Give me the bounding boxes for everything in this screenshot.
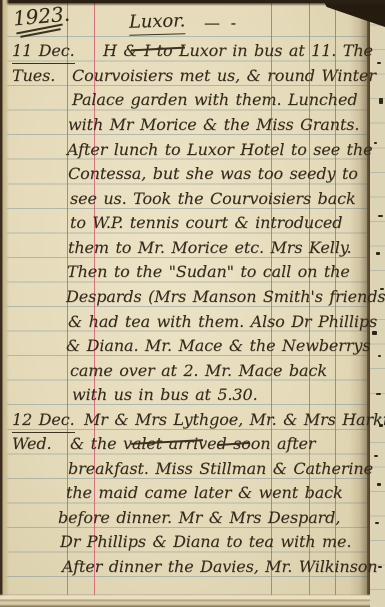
page-title: Luxor. [129,9,186,35]
diary-line-text: with Mr Morice & the Miss Grants. [68,113,359,137]
diary-line-text: to W.P. tennis court & introduced [70,211,342,235]
title-flourish: — - [204,11,238,35]
year-label: 1923. [12,2,71,31]
diary-row: with Mr Morice & the Miss Grants. [0,113,385,138]
diary-row: to W.P. tennis court & introduced [0,211,385,236]
diary-line-text: Contessa, but she was too seedy to [68,162,358,186]
diary-line-text: them to Mr. Morice etc. Mrs Kelly. [68,236,352,260]
diary-row: with us in bus at 5.30. [0,383,385,408]
diary-line-text: see us. Took the Courvoisiers back [70,187,356,211]
diary-row: Tues. Courvoisiers met us, & round Winte… [0,64,385,89]
diary-row: them to Mr. Morice etc. Mrs Kelly. [0,236,385,261]
diary-row: breakfast. Miss Stillman & Catherine [0,457,385,482]
diary-line-text: H & I to Luxor in bus at 11. The [103,39,373,63]
diary-line-text: before dinner. Mr & Mrs Despard, [58,506,340,530]
diary-line-text: Palace garden with them. Lunched [72,88,357,112]
diary-line-text: After lunch to Luxor Hotel to see the [67,138,372,162]
diary-line-text: Courvoisiers met us, & round Winter [72,64,376,88]
diary-line-text: Dr Phillips & Diana to tea with me. [60,530,351,554]
diary-line-text: After dinner the Davies, Mr. Wilkinson [62,555,377,579]
entry-date: 12 Dec. [12,408,75,433]
diary-row: Wed. & the valet arrived soon after [0,432,385,457]
diary-line-text: with us in bus at 5.30. [72,383,258,407]
diary-row: the maid came later & went back [0,481,385,506]
diary-row: came over at 2. Mr. Mace back [0,359,385,384]
diary-row: & Diana. Mr. Mace & the Newberrys [0,334,385,359]
diary-row: Dr Phillips & Diana to tea with me. [0,530,385,555]
diary-line-text: & the valet arrived soon after [70,432,315,456]
diary-line-text: Despards (Mrs Manson Smith's friends) [66,285,385,309]
diary-row: Despards (Mrs Manson Smith's friends) [0,285,385,310]
diary-line-text: & had tea with them. Also Dr Phillips [68,310,377,334]
diary-row: Palace garden with them. Lunched [0,88,385,113]
diary-photo: 1923. Luxor. — - 11 Dec. H & I to Luxor … [0,0,385,607]
diary-line-text: breakfast. Miss Stillman & Catherine [68,457,373,481]
diary-line-text: the maid came later & went back [66,481,343,505]
diary-row: After lunch to Luxor Hotel to see the [0,138,385,163]
diary-row: & had tea with them. Also Dr Phillips [0,310,385,335]
diary-row: before dinner. Mr & Mrs Despard, [0,506,385,531]
diary-line-text: Then to the "Sudan" to call on the [67,260,350,284]
diary-line-text: & Diana. Mr. Mace & the Newberrys [66,334,370,358]
diary-line-text: came over at 2. Mr. Mace back [70,359,327,383]
entry-weekday: Tues. [12,64,55,88]
entry-date: 11 Dec. [12,39,75,64]
diary-row: Contessa, but she was too seedy to [0,162,385,187]
diary-line-text: Mr & Mrs Lythgoe, Mr. & Mrs Harkness [84,408,385,432]
diary-row: Then to the "Sudan" to call on the [0,260,385,285]
page-edge-bottom [0,594,370,607]
diary-row: see us. Took the Courvoisiers back [0,187,385,212]
diary-row: 12 Dec. Mr & Mrs Lythgoe, Mr. & Mrs Hark… [0,408,385,433]
diary-row: 11 Dec. H & I to Luxor in bus at 11. The [0,39,385,64]
diary-row: After dinner the Davies, Mr. Wilkinson [0,555,385,580]
entry-weekday: Wed. [12,432,52,456]
